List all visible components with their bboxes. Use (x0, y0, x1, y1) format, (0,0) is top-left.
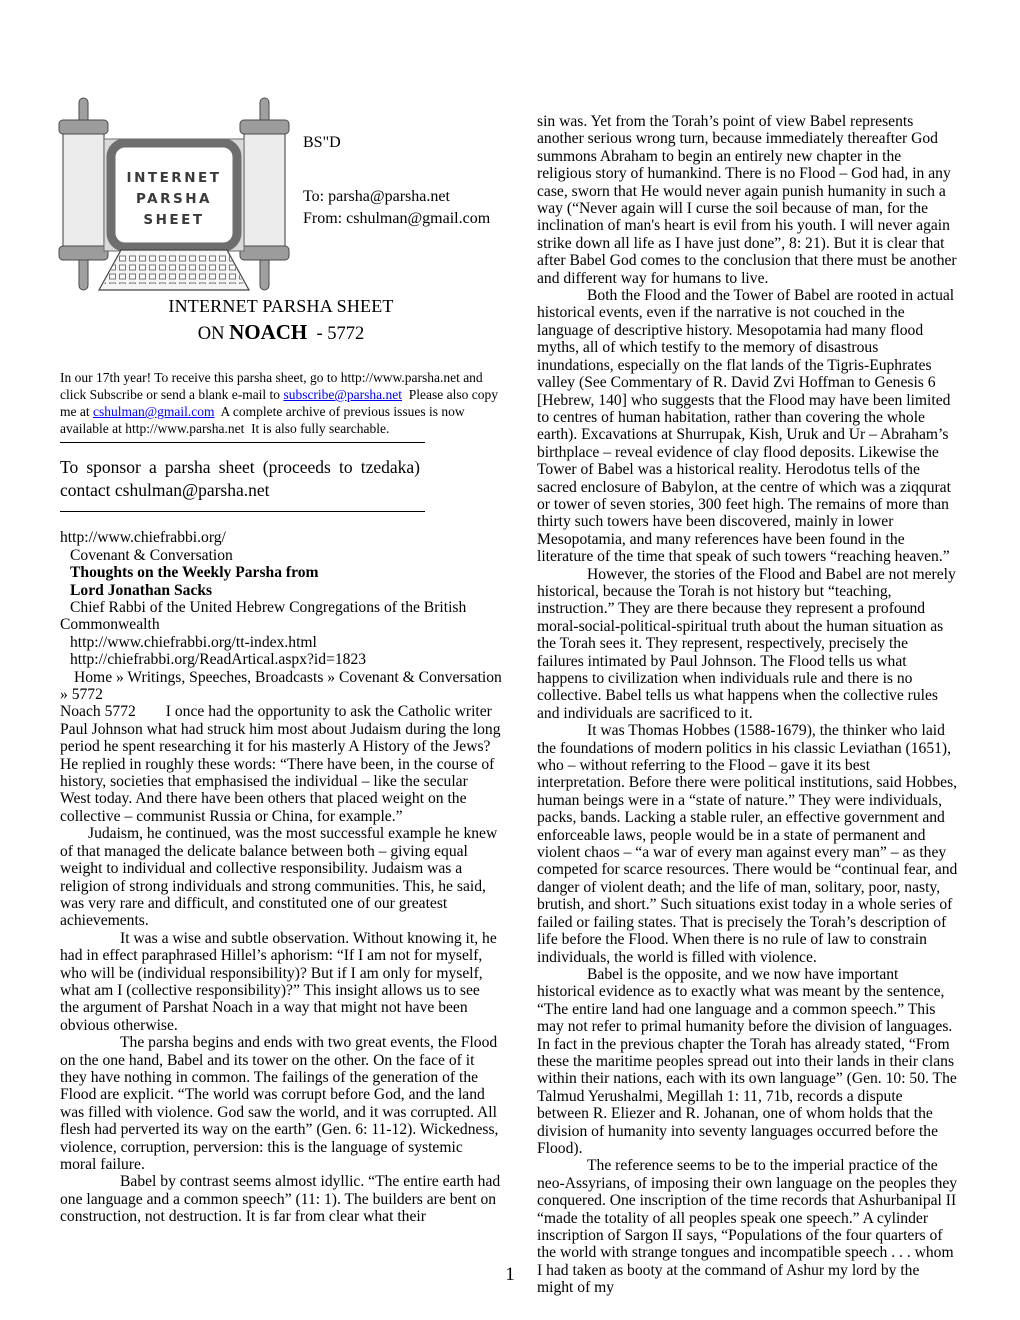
text-run: Babel is the opposite, and we now have i… (537, 966, 957, 1157)
links-block-line: Chief Rabbi of the United Hebrew Congreg… (60, 599, 502, 634)
title-on: ON (198, 324, 229, 344)
text-run: It was a wise and subtle observation. Wi… (60, 930, 497, 1034)
separator-line (60, 442, 425, 443)
links-block-heading: Thoughts on the Weekly Parsha from (60, 564, 502, 581)
bsd-label: BS"D (303, 134, 341, 152)
logo-screen-text: INTERNET (127, 170, 222, 186)
body-paragraph: Babel is the opposite, and we now have i… (537, 966, 958, 1157)
text-run: Both the Flood and the Tower of Babel ar… (537, 287, 954, 565)
separator-line (60, 511, 425, 512)
body-paragraph: Judaism, he continued, was the most succ… (60, 825, 502, 929)
text-run: It was Thomas Hobbes (1588-1679), the th… (537, 722, 957, 965)
email-link[interactable]: cshulman@gmail.com (93, 404, 215, 419)
scroll-roll-left (63, 128, 104, 254)
scroll-roll-right (244, 128, 285, 254)
scroll-cap (59, 246, 108, 260)
email-link[interactable]: subscribe@parsha.net (283, 387, 402, 402)
title-year: - 5772 (307, 324, 364, 344)
scroll-cap (59, 120, 108, 134)
body-paragraph: It was Thomas Hobbes (1588-1679), the th… (537, 722, 958, 966)
links-block-line: Covenant & Conversation (60, 547, 502, 564)
address-block: To: parsha@parsha.net From: cshulman@gma… (303, 186, 490, 230)
left-body-paragraphs: Noach 5772I once had the opportunity to … (60, 703, 502, 1225)
body-paragraph: Both the Flood and the Tower of Babel ar… (537, 287, 958, 566)
keyboard-keys (104, 255, 244, 284)
scroll-cap (240, 120, 289, 134)
text-run: sin was. Yet from the Torah’s point of v… (537, 113, 957, 287)
body-paragraph: However, the stories of the Flood and Ba… (537, 566, 958, 723)
parsha-logo: INTERNET PARSHA SHEET (58, 92, 290, 296)
text-run: The parsha begins and ends with two grea… (60, 1034, 498, 1173)
text-run: However, the stories of the Flood and Ba… (537, 566, 956, 722)
body-paragraph: sin was. Yet from the Torah’s point of v… (537, 113, 958, 287)
logo-screen-text: SHEET (143, 212, 204, 228)
left-column: In our 17th year! To receive this parsha… (60, 369, 502, 1226)
scroll-cap (240, 246, 289, 260)
sponsor-paragraph: To sponsor a parsha sheet (proceeds to t… (60, 456, 420, 502)
body-paragraph: Noach 5772I once had the opportunity to … (60, 703, 502, 825)
links-block-line: http://www.chiefrabbi.org/ (60, 529, 502, 546)
body-paragraph: Babel by contrast seems almost idyllic. … (60, 1173, 502, 1225)
document-page: INTERNET PARSHA SHEET BS"D To: parsha@pa… (0, 0, 1020, 1320)
to-line: To: parsha@parsha.net (303, 186, 490, 208)
title-line2: ON NOACH - 5772 (60, 320, 502, 345)
text-run: Judaism, he continued, was the most succ… (60, 825, 497, 929)
links-block-line: Home » Writings, Speeches, Broadcasts » … (60, 669, 502, 704)
body-paragraph: The parsha begins and ends with two grea… (60, 1034, 502, 1173)
text-run: I once had the opportunity to ask the Ca… (60, 703, 501, 824)
page-title: INTERNET PARSHA SHEET ON NOACH - 5772 (60, 296, 502, 345)
links-block-heading: Lord Jonathan Sacks (60, 582, 502, 599)
body-paragraph: It was a wise and subtle observation. Wi… (60, 930, 502, 1034)
title-parsha-name: NOACH (229, 320, 307, 344)
source-links-block: http://www.chiefrabbi.org/Covenant & Con… (60, 529, 502, 703)
from-line: From: cshulman@gmail.com (303, 208, 490, 230)
parsha-logo-graphic: INTERNET PARSHA SHEET (58, 92, 290, 296)
text-run: Babel by contrast seems almost idyllic. … (60, 1173, 500, 1225)
links-block-line: http://chiefrabbi.org/ReadArtical.aspx?i… (60, 651, 502, 668)
links-block-line: http://www.chiefrabbi.org/tt-index.html (60, 634, 502, 651)
page-number: 1 (0, 1264, 1020, 1286)
title-line1: INTERNET PARSHA SHEET (60, 296, 502, 317)
logo-screen-text: PARSHA (136, 191, 212, 207)
right-column: sin was. Yet from the Torah’s point of v… (537, 113, 958, 1297)
text-run: Noach 5772 (60, 703, 136, 720)
subscribe-paragraph: In our 17th year! To receive this parsha… (60, 369, 502, 437)
